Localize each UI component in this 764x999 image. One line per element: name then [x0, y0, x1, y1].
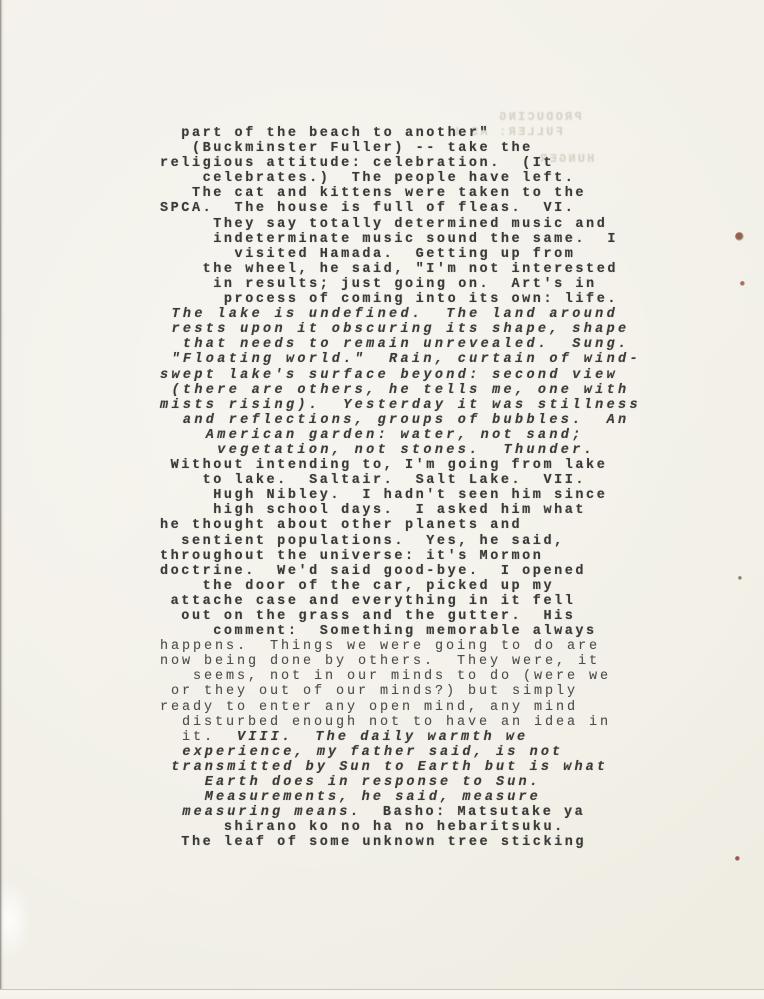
text-line: shirano ko no ha no hebaritsuku. [160, 820, 641, 835]
text-line: attache case and everything in it fell [160, 594, 641, 609]
text-segment: doctrine. We'd said good-bye. I opened [160, 564, 586, 579]
text-segment: that needs to remain unrevealed. Sung. [160, 337, 630, 352]
paper-speck [735, 232, 744, 241]
text-segment: American garden: water, not sand; [160, 428, 584, 443]
text-segment: indeterminate music sound the same. I [160, 232, 618, 247]
text-line: he thought about other planets and [160, 518, 641, 533]
text-segment: Earth does in response to Sun. [160, 775, 541, 790]
text-line: ready to enter any open mind, any mind [160, 700, 641, 715]
text-segment: seems, not in our minds to do (were we [160, 669, 611, 684]
text-segment: the wheel, he said, "I'm not interested [160, 262, 618, 277]
text-segment: Measurements, he said, measure [160, 790, 541, 805]
text-segment: shirano ko no ha no hebaritsuku. [160, 820, 565, 835]
text-segment: attache case and everything in it fell [160, 594, 575, 609]
text-line: vegetation, not stones. Thunder. [160, 443, 641, 458]
text-line: "Floating world." Rain, curtain of wind- [160, 352, 641, 367]
text-line: transmitted by Sun to Earth but is what [160, 760, 641, 775]
text-segment: swept lake's surface beyond: second view [160, 368, 618, 383]
text-line: part of the beach to another" [160, 126, 641, 141]
text-line: disturbed enough not to have an idea in [160, 715, 641, 730]
text-segment: The leaf of some unknown tree sticking [160, 835, 586, 850]
text-line: doctrine. We'd said good-bye. I opened [160, 564, 641, 579]
scanned-page: PRODUCINGFULLER: AS LHUNGER part of the … [0, 0, 764, 999]
text-segment: (there are others, he tells me, one with [160, 383, 630, 398]
text-line: throughout the universe: it's Mormon [160, 549, 641, 564]
text-line: The leaf of some unknown tree sticking [160, 835, 641, 850]
text-segment: high school days. I asked him what [160, 503, 586, 518]
text-segment: and reflections, groups of bubbles. An [160, 413, 630, 428]
text-line: now being done by others. They were, it [160, 654, 641, 669]
text-segment: ready to enter any open mind, any mind [160, 700, 578, 715]
text-segment: vegetation, not stones. Thunder. [160, 443, 595, 458]
text-segment: it. [160, 730, 237, 745]
text-line: comment: Something memorable always [160, 624, 641, 639]
text-line: Earth does in response to Sun. [160, 775, 641, 790]
text-line: religious attitude: celebration. (It [160, 156, 641, 171]
text-line: that needs to remain unrevealed. Sung. [160, 337, 641, 352]
text-line: to lake. Saltair. Salt Lake. VII. [160, 473, 641, 488]
text-segment: throughout the universe: it's Mormon [160, 549, 543, 564]
text-segment: in results; just going on. Art's in [160, 277, 597, 292]
text-segment: SPCA. The house is full of fleas. VI. [160, 201, 575, 216]
text-segment: process of coming into its own: life. [160, 292, 618, 307]
text-line: the door of the car, picked up my [160, 579, 641, 594]
paper-sheen [0, 878, 32, 962]
text-segment: experience, my father said, is not [160, 745, 563, 760]
paper-speck [738, 576, 742, 580]
text-segment: now being done by others. They were, it [160, 654, 600, 669]
text-line: celebrates.) The people have left. [160, 171, 641, 186]
text-line: swept lake's surface beyond: second view [160, 368, 641, 383]
text-segment: mists rising). Yesterday it was stillnes… [160, 398, 641, 413]
text-segment: out on the grass and the gutter. His [160, 609, 575, 624]
text-segment: The cat and kittens were taken to the [160, 186, 586, 201]
text-segment: VIII. The daily warmth we [237, 730, 528, 745]
text-line: the wheel, he said, "I'm not interested [160, 262, 641, 277]
text-line: it. VIII. The daily warmth we [160, 730, 641, 745]
text-line: indeterminate music sound the same. I [160, 232, 641, 247]
text-segment: Basho: Matsutake ya [362, 805, 586, 820]
text-line: out on the grass and the gutter. His [160, 609, 641, 624]
text-segment: Hugh Nibley. I hadn't seen him since [160, 488, 607, 503]
text-line: Hugh Nibley. I hadn't seen him since [160, 488, 641, 503]
text-line: rests upon it obscuring its shape, shape [160, 322, 641, 337]
text-segment: to lake. Saltair. Salt Lake. VII. [160, 473, 586, 488]
scan-edge-bottom [0, 989, 764, 999]
text-line: SPCA. The house is full of fleas. VI. [160, 201, 641, 216]
text-line: Without intending to, I'm going from lak… [160, 458, 641, 473]
bleedthrough-text: PRODUCING [497, 110, 582, 124]
text-segment: "Floating world." Rain, curtain of wind- [160, 352, 641, 367]
text-line: The lake is undefined. The land around [160, 307, 641, 322]
text-line: (there are others, he tells me, one with [160, 383, 641, 398]
text-segment: sentient populations. Yes, he said, [160, 534, 565, 549]
text-segment: happens. Things we were going to do are [160, 639, 600, 654]
text-line: in results; just going on. Art's in [160, 277, 641, 292]
text-segment: visited Hamada. Getting up from [160, 247, 575, 262]
text-segment: measuring means. [160, 805, 362, 820]
scan-edge-left [0, 0, 4, 999]
text-line: They say totally determined music and [160, 217, 641, 232]
text-segment: he thought about other planets and [160, 518, 522, 533]
text-segment: transmitted by Sun to Earth but is what [160, 760, 608, 775]
text-segment: part of the beach to another" [160, 126, 490, 141]
text-line: high school days. I asked him what [160, 503, 641, 518]
text-segment: the door of the car, picked up my [160, 579, 554, 594]
text-line: happens. Things we were going to do are [160, 639, 641, 654]
text-line: experience, my father said, is not [160, 745, 641, 760]
text-segment: religious attitude: celebration. (It [160, 156, 554, 171]
text-segment: or they out of our minds?) but simply [160, 684, 578, 699]
text-segment: Without intending to, I'm going from lak… [160, 458, 607, 473]
text-segment: rests upon it obscuring its shape, shape [160, 322, 630, 337]
text-line: or they out of our minds?) but simply [160, 684, 641, 699]
text-line: and reflections, groups of bubbles. An [160, 413, 641, 428]
text-segment: disturbed enough not to have an idea in [160, 715, 611, 730]
text-segment: comment: Something memorable always [160, 624, 597, 639]
text-line: Measurements, he said, measure [160, 790, 641, 805]
paper-speck [740, 281, 745, 286]
text-line: seems, not in our minds to do (were we [160, 669, 641, 684]
text-line: (Buckminster Fuller) -- take the [160, 141, 641, 156]
text-line: process of coming into its own: life. [160, 292, 641, 307]
text-segment: They say totally determined music and [160, 217, 607, 232]
text-segment: The lake is undefined. The land around [160, 307, 618, 322]
text-line: mists rising). Yesterday it was stillnes… [160, 398, 641, 413]
text-segment: celebrates.) The people have left. [160, 171, 575, 186]
paper-speck [735, 856, 740, 861]
text-segment: (Buckminster Fuller) -- take the [160, 141, 533, 156]
text-line: sentient populations. Yes, he said, [160, 534, 641, 549]
typewritten-text: part of the beach to another" (Buckminst… [160, 126, 641, 851]
text-line: measuring means. Basho: Matsutake ya [160, 805, 641, 820]
text-line: visited Hamada. Getting up from [160, 247, 641, 262]
text-line: The cat and kittens were taken to the [160, 186, 641, 201]
text-line: American garden: water, not sand; [160, 428, 641, 443]
